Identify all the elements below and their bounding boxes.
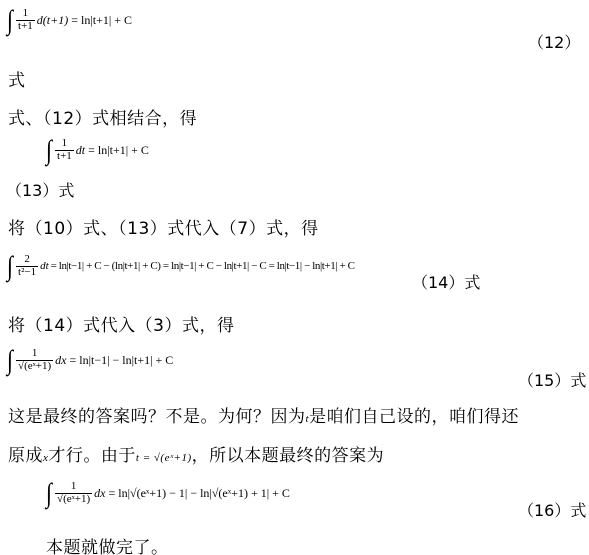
integral-sign: ∫	[7, 252, 13, 280]
fraction: 1 t+1	[16, 8, 35, 32]
fraction: 1 √(eˣ+1)	[16, 348, 53, 372]
text-line-7: 本题就做完了。	[46, 533, 169, 555]
text-line-1: 式	[8, 66, 26, 91]
equation-12: ∫ 1 t+1 d(t+1) = ln|t+1| + C	[7, 8, 132, 32]
fraction: 1 t+1	[55, 138, 74, 162]
integral-sign: ∫	[7, 346, 13, 374]
text-line-5: 这是最终的答案吗？不是。为何？因为t是咱们自己设的，咱们得还	[8, 402, 519, 427]
fraction: 2 t²−1	[16, 254, 38, 278]
fraction: 1 √(eˣ+1)	[55, 481, 92, 505]
equation-16: ∫ 1 √(eˣ+1) dx = ln|√(eˣ+1) − 1| − ln|√(…	[46, 481, 290, 505]
text-line-4: 将（14）式代入（3）式，得	[8, 311, 234, 336]
text-line-3: 将（10）式、（13）式代入（7）式，得	[8, 214, 319, 239]
equation-tag-13: （13）式	[6, 178, 74, 201]
equation-15: ∫ 1 √(eˣ+1) dx = ln|t−1| − ln|t+1| + C	[7, 348, 173, 372]
text-line-2: 式、（12）式相结合，得	[8, 104, 197, 129]
equation-tag-12: （12）	[528, 30, 580, 53]
equation-tag-14: （14）式	[412, 270, 480, 293]
equation-13: ∫ 1 t+1 dt = ln|t+1| + C	[46, 138, 149, 162]
integral-sign: ∫	[7, 6, 13, 34]
equation-tag-16: （16）式	[518, 498, 586, 521]
text-line-6: 原成x才行。由于t = √(eˣ+1)，所以本题最终的答案为	[8, 441, 384, 466]
integral-sign: ∫	[46, 479, 52, 507]
equation-14: ∫ 2 t²−1 dt = ln|t−1| + C − (ln|t+1| + C…	[7, 254, 355, 278]
integral-sign: ∫	[46, 136, 52, 164]
equation-tag-15: （15）式	[518, 368, 586, 391]
